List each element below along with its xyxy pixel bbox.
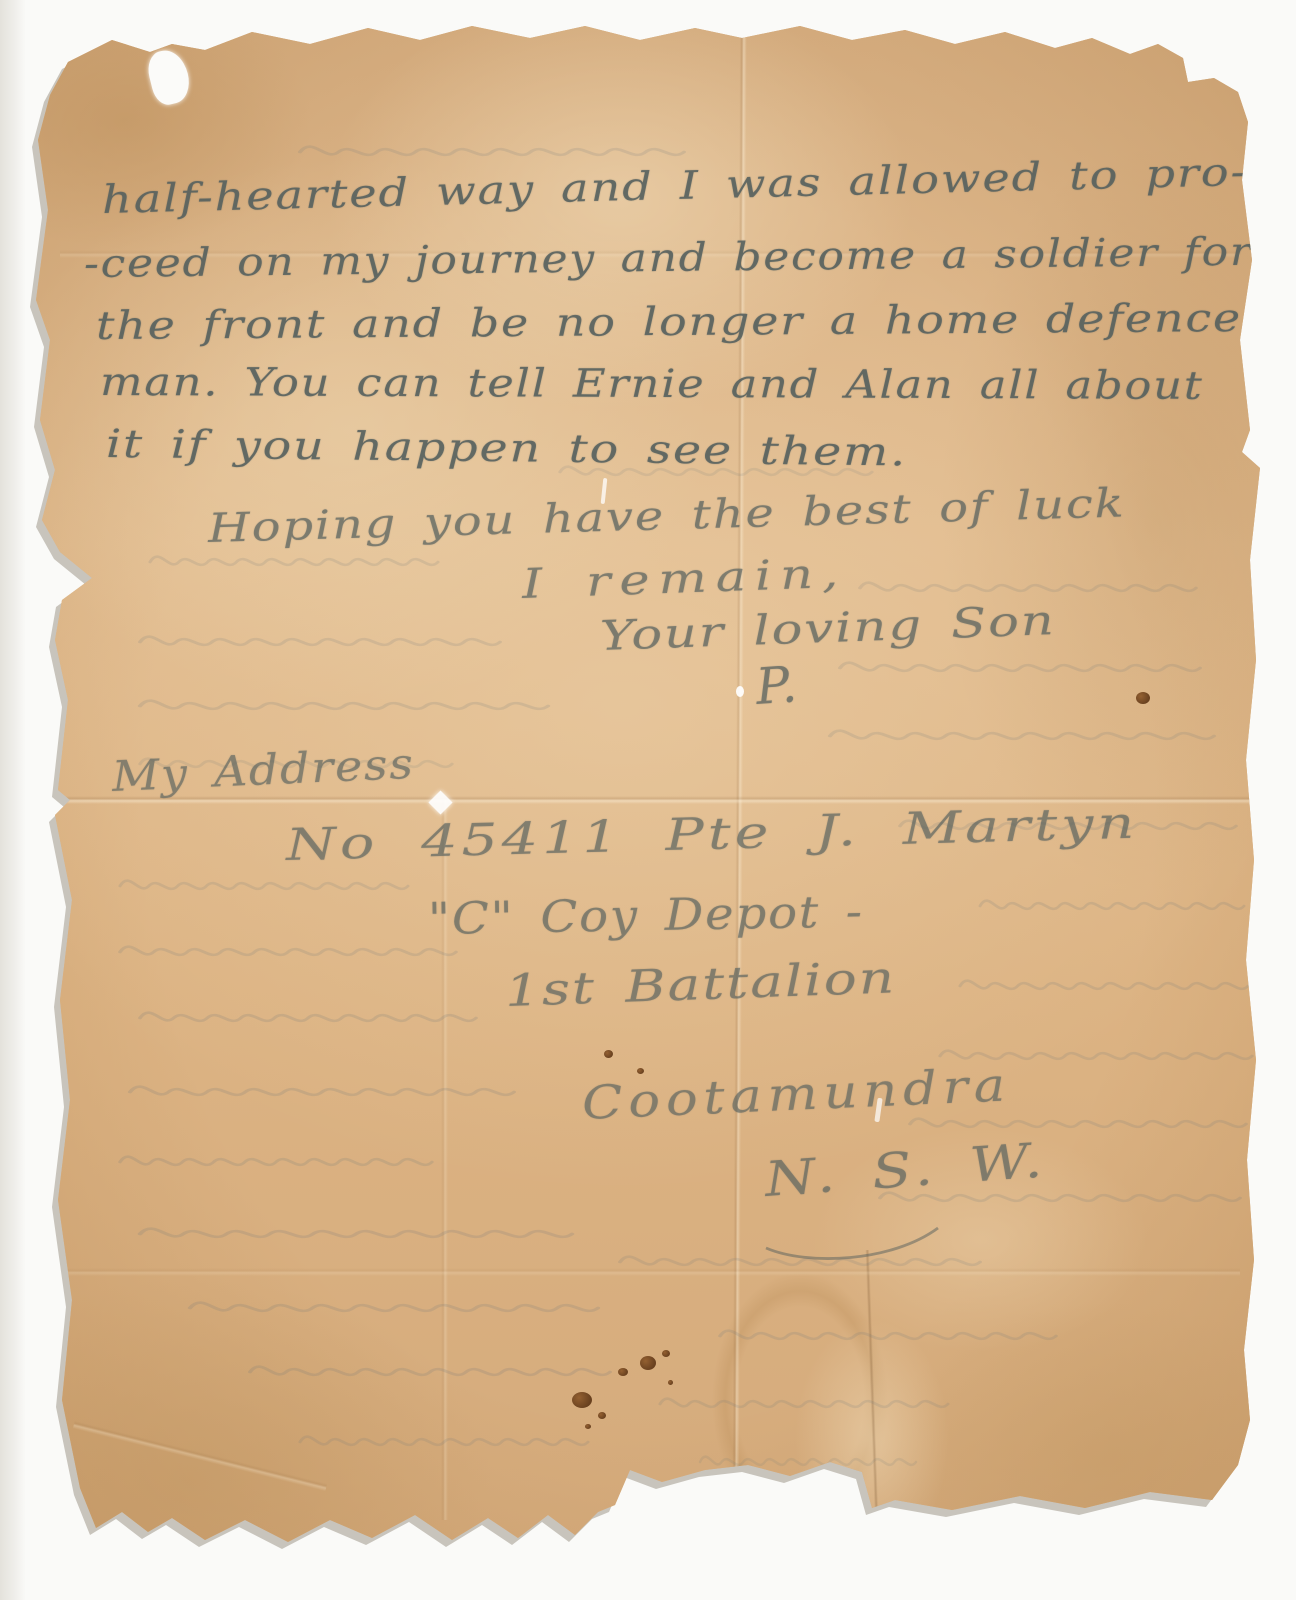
tear-crack-line (865, 1250, 878, 1520)
ink-blot (640, 1356, 656, 1370)
closing-line: Your loving Son (599, 596, 1056, 660)
handwriting-line: man. You can tell Ernie and Alan all abo… (100, 360, 1204, 409)
address-line: N. S. W. (763, 1132, 1049, 1208)
ghost-line (960, 981, 1248, 989)
ink-blot (30, 1346, 46, 1360)
ghost-line (860, 583, 1196, 591)
ink-blot (618, 1368, 628, 1376)
ghost-line (250, 1367, 610, 1375)
address-line: No 45411 Pte J. Martyn (285, 798, 1138, 871)
ghost-line (980, 901, 1244, 909)
scanner-edge-strip (0, 0, 26, 1600)
closing-line: Hoping you have the best of luck (207, 480, 1126, 552)
ghost-line (720, 1331, 1056, 1339)
ghost-line (300, 147, 684, 155)
closing-line: I remain, (521, 549, 847, 608)
handwriting-line: the front and be no longer a home defenc… (96, 296, 1242, 349)
ink-blot (662, 1350, 670, 1357)
ghost-line (120, 881, 408, 889)
address-line: 1st Battalion (504, 952, 897, 1017)
ghost-line (620, 1257, 980, 1265)
ink-blot (637, 1068, 644, 1074)
ghost-line (840, 663, 1200, 671)
ghost-line (660, 1399, 948, 1407)
handwriting-line: -ceed on my journey and become a soldier… (84, 230, 1253, 287)
scanned-letter-page: half-hearted way and I was allowed to pr… (0, 0, 1296, 1600)
ink-blot (598, 1412, 606, 1419)
ghost-line (140, 1229, 572, 1237)
ghost-line (140, 637, 500, 645)
paper-damage-speck (428, 790, 452, 814)
ghost-line (140, 1013, 476, 1021)
ghost-line (120, 947, 456, 955)
ink-blot (668, 1380, 673, 1385)
address-line: "C" Coy Depot - (428, 886, 865, 945)
signature-initial: P. (754, 655, 800, 716)
signature-flourish (766, 1228, 938, 1259)
ghost-line (120, 1157, 432, 1165)
ghost-line (140, 701, 548, 709)
handwriting-line: half-hearted way and I was allowed to pr… (101, 150, 1248, 223)
ghost-line (830, 731, 1214, 739)
ghost-line (130, 1087, 514, 1095)
address-line: Cootamundra (581, 1057, 1012, 1130)
address-heading: My Address (111, 739, 416, 801)
ink-blot (585, 1424, 591, 1429)
handwriting-line: it if you happen to see them. (106, 422, 908, 475)
ghost-line (190, 1303, 598, 1311)
paper-damage-speck (736, 686, 744, 697)
ghost-line (150, 557, 438, 565)
corner-crease-bottom-left (73, 1421, 327, 1492)
ink-blot (604, 1050, 613, 1058)
ghost-line (910, 1119, 1246, 1127)
letter-paper: half-hearted way and I was allowed to pr… (0, 0, 1296, 1600)
ink-blot (1136, 692, 1150, 704)
fold-crease-horizontal-lower (50, 1268, 1240, 1276)
ink-blot (572, 1392, 592, 1408)
paper-hole (144, 46, 194, 108)
